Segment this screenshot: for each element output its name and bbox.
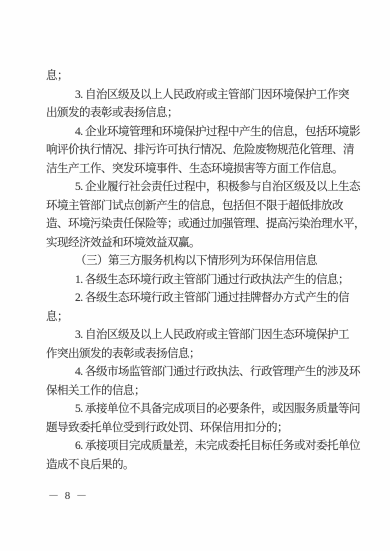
text-line: 4. 各级市场监管部门通过行政执法、行政管理产生的涉及环: [46, 363, 354, 382]
text-line: 保相关工作的信息；: [46, 382, 354, 401]
text-line: 5. 承接单位不具备完成项目的必要条件，或因服务质量等问: [46, 400, 354, 419]
text-line: 造、环境污染责任保险等；或通过加强管理、提高污染治理水平，: [46, 215, 354, 234]
text-line: 作突出颁发的表彰或表扬信息；: [46, 345, 354, 364]
page-number: － 8 －: [48, 487, 89, 503]
text-line: 出颁发的表彰或表扬信息；: [46, 104, 354, 123]
text-line: 1. 各级生态环境行政主管部门通过行政执法产生的信息；: [46, 271, 354, 290]
text-line: 题导致委托单位受到行政处罚、环保信用扣分的；: [46, 419, 354, 438]
text-line: 5. 企业履行社会责任过程中，积极参与自治区级及以上生态: [46, 178, 354, 197]
text-line: 4. 企业环境管理和环境保护过程中产生的信息，包括环境影: [46, 123, 354, 142]
text-line: 息；: [46, 67, 354, 86]
document-body: 息；3. 自治区级及以上人民政府或主管部门因环境保护工作突出颁发的表彰或表扬信息…: [46, 67, 354, 474]
text-line: 实现经济效益和环境效益双赢。: [46, 234, 354, 253]
text-line: 6. 承接项目完成质量差，未完成委托目标任务或对委托单位: [46, 437, 354, 456]
text-line: 造成不良后果的。: [46, 456, 354, 475]
text-line: 息；: [46, 308, 354, 327]
text-line: 3. 自治区级及以上人民政府或主管部门因生态环境保护工: [46, 326, 354, 345]
text-line: 洁生产工作、突发环境事件、生态环境损害等方面工作信息。: [46, 160, 354, 179]
text-line: 环境主管部门试点创新产生的信息，包括但不限于超低排放改: [46, 197, 354, 216]
text-line: 响评价执行情况、排污许可执行情况、危险废物规范化管理、清: [46, 141, 354, 160]
text-line: 3. 自治区级及以上人民政府或主管部门因环境保护工作突: [46, 86, 354, 105]
text-line: 2. 各级生态环境行政主管部门通过挂牌督办方式产生的信: [46, 289, 354, 308]
text-line: （三）第三方服务机构以下情形列为环保信用信息: [46, 252, 354, 271]
document-page: 息；3. 自治区级及以上人民政府或主管部门因环境保护工作突出颁发的表彰或表扬信息…: [0, 0, 390, 551]
